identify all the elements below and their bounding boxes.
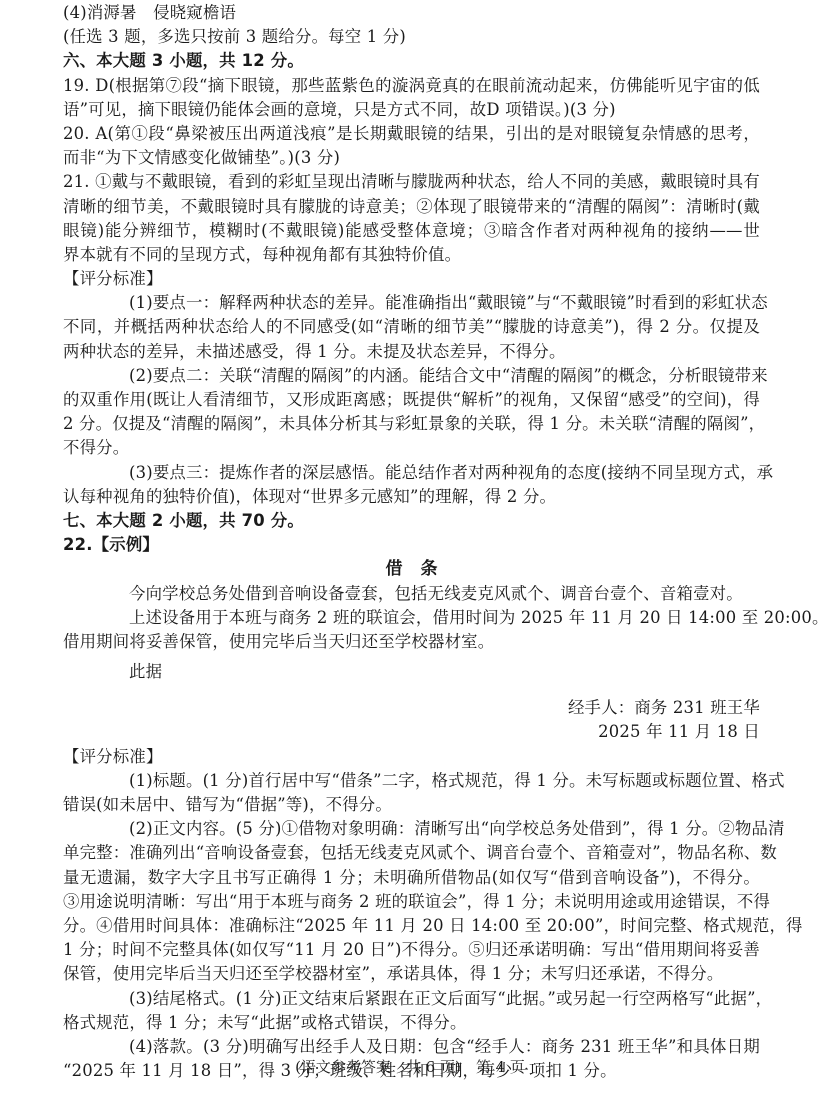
text-line: ③用途说明清晰：写出“用于本班与商务 2 班的联谊会”，得 1 分；未说明用途或… (63, 890, 760, 914)
note-title: 借条 (63, 557, 760, 581)
text-line: 认每种视角的独特价值)，体现对“世界多元感知”的理解，得 2 分。 (63, 485, 760, 509)
text-line: 清晰的细节美，不戴眼镜时具有朦胧的诗意美；②体现了眼镜带来的“清醒的隔阂”：清晰… (63, 195, 760, 219)
q21-rubric: (1)要点一：解释两种状态的差异。能准确指出“戴眼镜”与“不戴眼镜”时看到的彩虹… (63, 291, 760, 509)
text-line: (3)要点三：提炼作者的深层感悟。能总结作者对两种视角的态度(接纳不同呈现方式，… (63, 461, 760, 485)
text-line: 2 分。仅提及“清醒的隔阂”，未具体分析其与彩虹景象的关联，得 1 分。未关联“… (63, 412, 760, 436)
text-line: 不同，并概括两种状态给人的不同感受(如“清晰的细节美”“朦胧的诗意美”)，得 2… (63, 315, 760, 339)
text-line: 上述设备用于本班与商务 2 班的联谊会，借用时间为 2025 年 11 月 20… (63, 606, 760, 630)
text-line: 借用期间将妥善保管，使用完毕后当天归还至学校器材室。 (63, 630, 760, 654)
text-line: (2)正文内容。(5 分)①借物对象明确：清晰写出“向学校总务处借到”，得 1 … (63, 817, 760, 841)
text-line: 19. D(根据第⑦段“摘下眼镜，那些蓝紫色的漩涡竟真的在眼前流动起来，仿佛能听… (63, 74, 760, 98)
question-20: 20. A(第①段“鼻梁被压出两道浅痕”是长期戴眼镜的结果，引出的是对眼镜复杂情… (63, 122, 760, 170)
text-line: 两种状态的差异，未描述感受，得 1 分。未提及状态差异，不得分。 (63, 340, 760, 364)
iou-note-example: 借条 今向学校总务处借到音响设备壹套，包括无线麦克风贰个、调音台壹个、音箱壹对。… (63, 557, 760, 744)
text-line: 分。④借用时间具体：准确标注“2025 年 11 月 20 日 14:00 至 … (63, 914, 760, 938)
text-line: 保管，使用完毕后当天归还至学校器材室”，承诺具体，得 1 分；未写归还承诺，不得… (63, 962, 760, 986)
note-date: 2025 年 11 月 18 日 (63, 720, 760, 744)
note-closing: 此据 (63, 660, 760, 684)
rubric-label: 【评分标准】 (63, 267, 760, 291)
text-line: 错误(如未居中、错写为“借据”等)，不得分。 (63, 793, 760, 817)
text-line: (2)要点二：关联“清醒的隔阂”的内涵。能结合文中“清醒的隔阂”的概念，分析眼镜… (63, 364, 760, 388)
q22-rubric: (1)标题。(1 分)首行居中写“借条”二字，格式规范，得 1 分。未写标题或标… (63, 769, 760, 1083)
text-line: 20. A(第①段“鼻梁被压出两道浅痕”是长期戴眼镜的结果，引出的是对眼镜复杂情… (63, 122, 760, 146)
note-signer: 经手人：商务 231 班王华 (63, 696, 760, 720)
text-line: (1)要点一：解释两种状态的差异。能准确指出“戴眼镜”与“不戴眼镜”时看到的彩虹… (63, 291, 760, 315)
text-line: 语”可见，摘下眼镜仍能体会画的意境，只是方式不同，故D 项错误。)(3 分) (63, 98, 760, 122)
text-line: (3)结尾格式。(1 分)正文结束后紧跟在正文后面写“此据。”或另起一行空两格写… (63, 987, 760, 1011)
question-21: 21. ①戴与不戴眼镜，看到的彩虹呈现出清晰与朦胧两种状态，给人不同的美感，戴眼… (63, 170, 760, 267)
text-line: 格式规范，得 1 分；未写“此据”或格式错误，不得分。 (63, 1011, 760, 1035)
scoring-note: (任选 3 题，多选只按前 3 题给分。每空 1 分) (63, 25, 760, 49)
section-heading-7: 七、本大题 2 小题，共 70 分。 (63, 509, 760, 533)
question-19: 19. D(根据第⑦段“摘下眼镜，那些蓝紫色的漩涡竟真的在眼前流动起来，仿佛能听… (63, 74, 760, 122)
rubric-label: 【评分标准】 (63, 745, 760, 769)
answer-key-page: (4)消溽暑 侵晓窥檐语 (任选 3 题，多选只按前 3 题给分。每空 1 分)… (63, 0, 760, 1083)
section-heading-6: 六、本大题 3 小题，共 12 分。 (63, 49, 760, 73)
text-line: 的双重作用(既让人看清细节，又形成距离感；既提供“解析”的视角，又保留“感受”的… (63, 388, 760, 412)
text-line: 界本就有不同的呈现方式，每种视角都有其独特价值。 (63, 243, 760, 267)
text-line: 21. ①戴与不戴眼镜，看到的彩虹呈现出清晰与朦胧两种状态，给人不同的美感，戴眼… (63, 170, 760, 194)
text-line: 量无遗漏，数字大字且书写正确得 1 分；未明确所借物品(如仅写“借到音响设备”)… (63, 866, 760, 890)
page-footer: (语文参考答案 共 6 页) 第 4 页 (0, 1056, 820, 1077)
answer-line: (4)消溽暑 侵晓窥檐语 (63, 1, 760, 25)
text-line: 1 分；时间不完整具体(如仅写“11 月 20 日”)不得分。⑤归还承诺明确：写… (63, 938, 760, 962)
text-line: 单完整：准确列出“音响设备壹套，包括无线麦克风贰个、调音台壹个、音箱壹对”，物品… (63, 841, 760, 865)
text-line: 而非“为下文情感变化做铺垫”。)(3 分) (63, 146, 760, 170)
text-line: 今向学校总务处借到音响设备壹套，包括无线麦克风贰个、调音台壹个、音箱壹对。 (63, 582, 760, 606)
text-line: 眼镜)能分辨细节，模糊时(不戴眼镜)能感受整体意境；③暗含作者对两种视角的接纳—… (63, 219, 760, 243)
q22-label: 22.【示例】 (63, 533, 760, 557)
text-line: (1)标题。(1 分)首行居中写“借条”二字，格式规范，得 1 分。未写标题或标… (63, 769, 760, 793)
text-line: 不得分。 (63, 436, 760, 460)
